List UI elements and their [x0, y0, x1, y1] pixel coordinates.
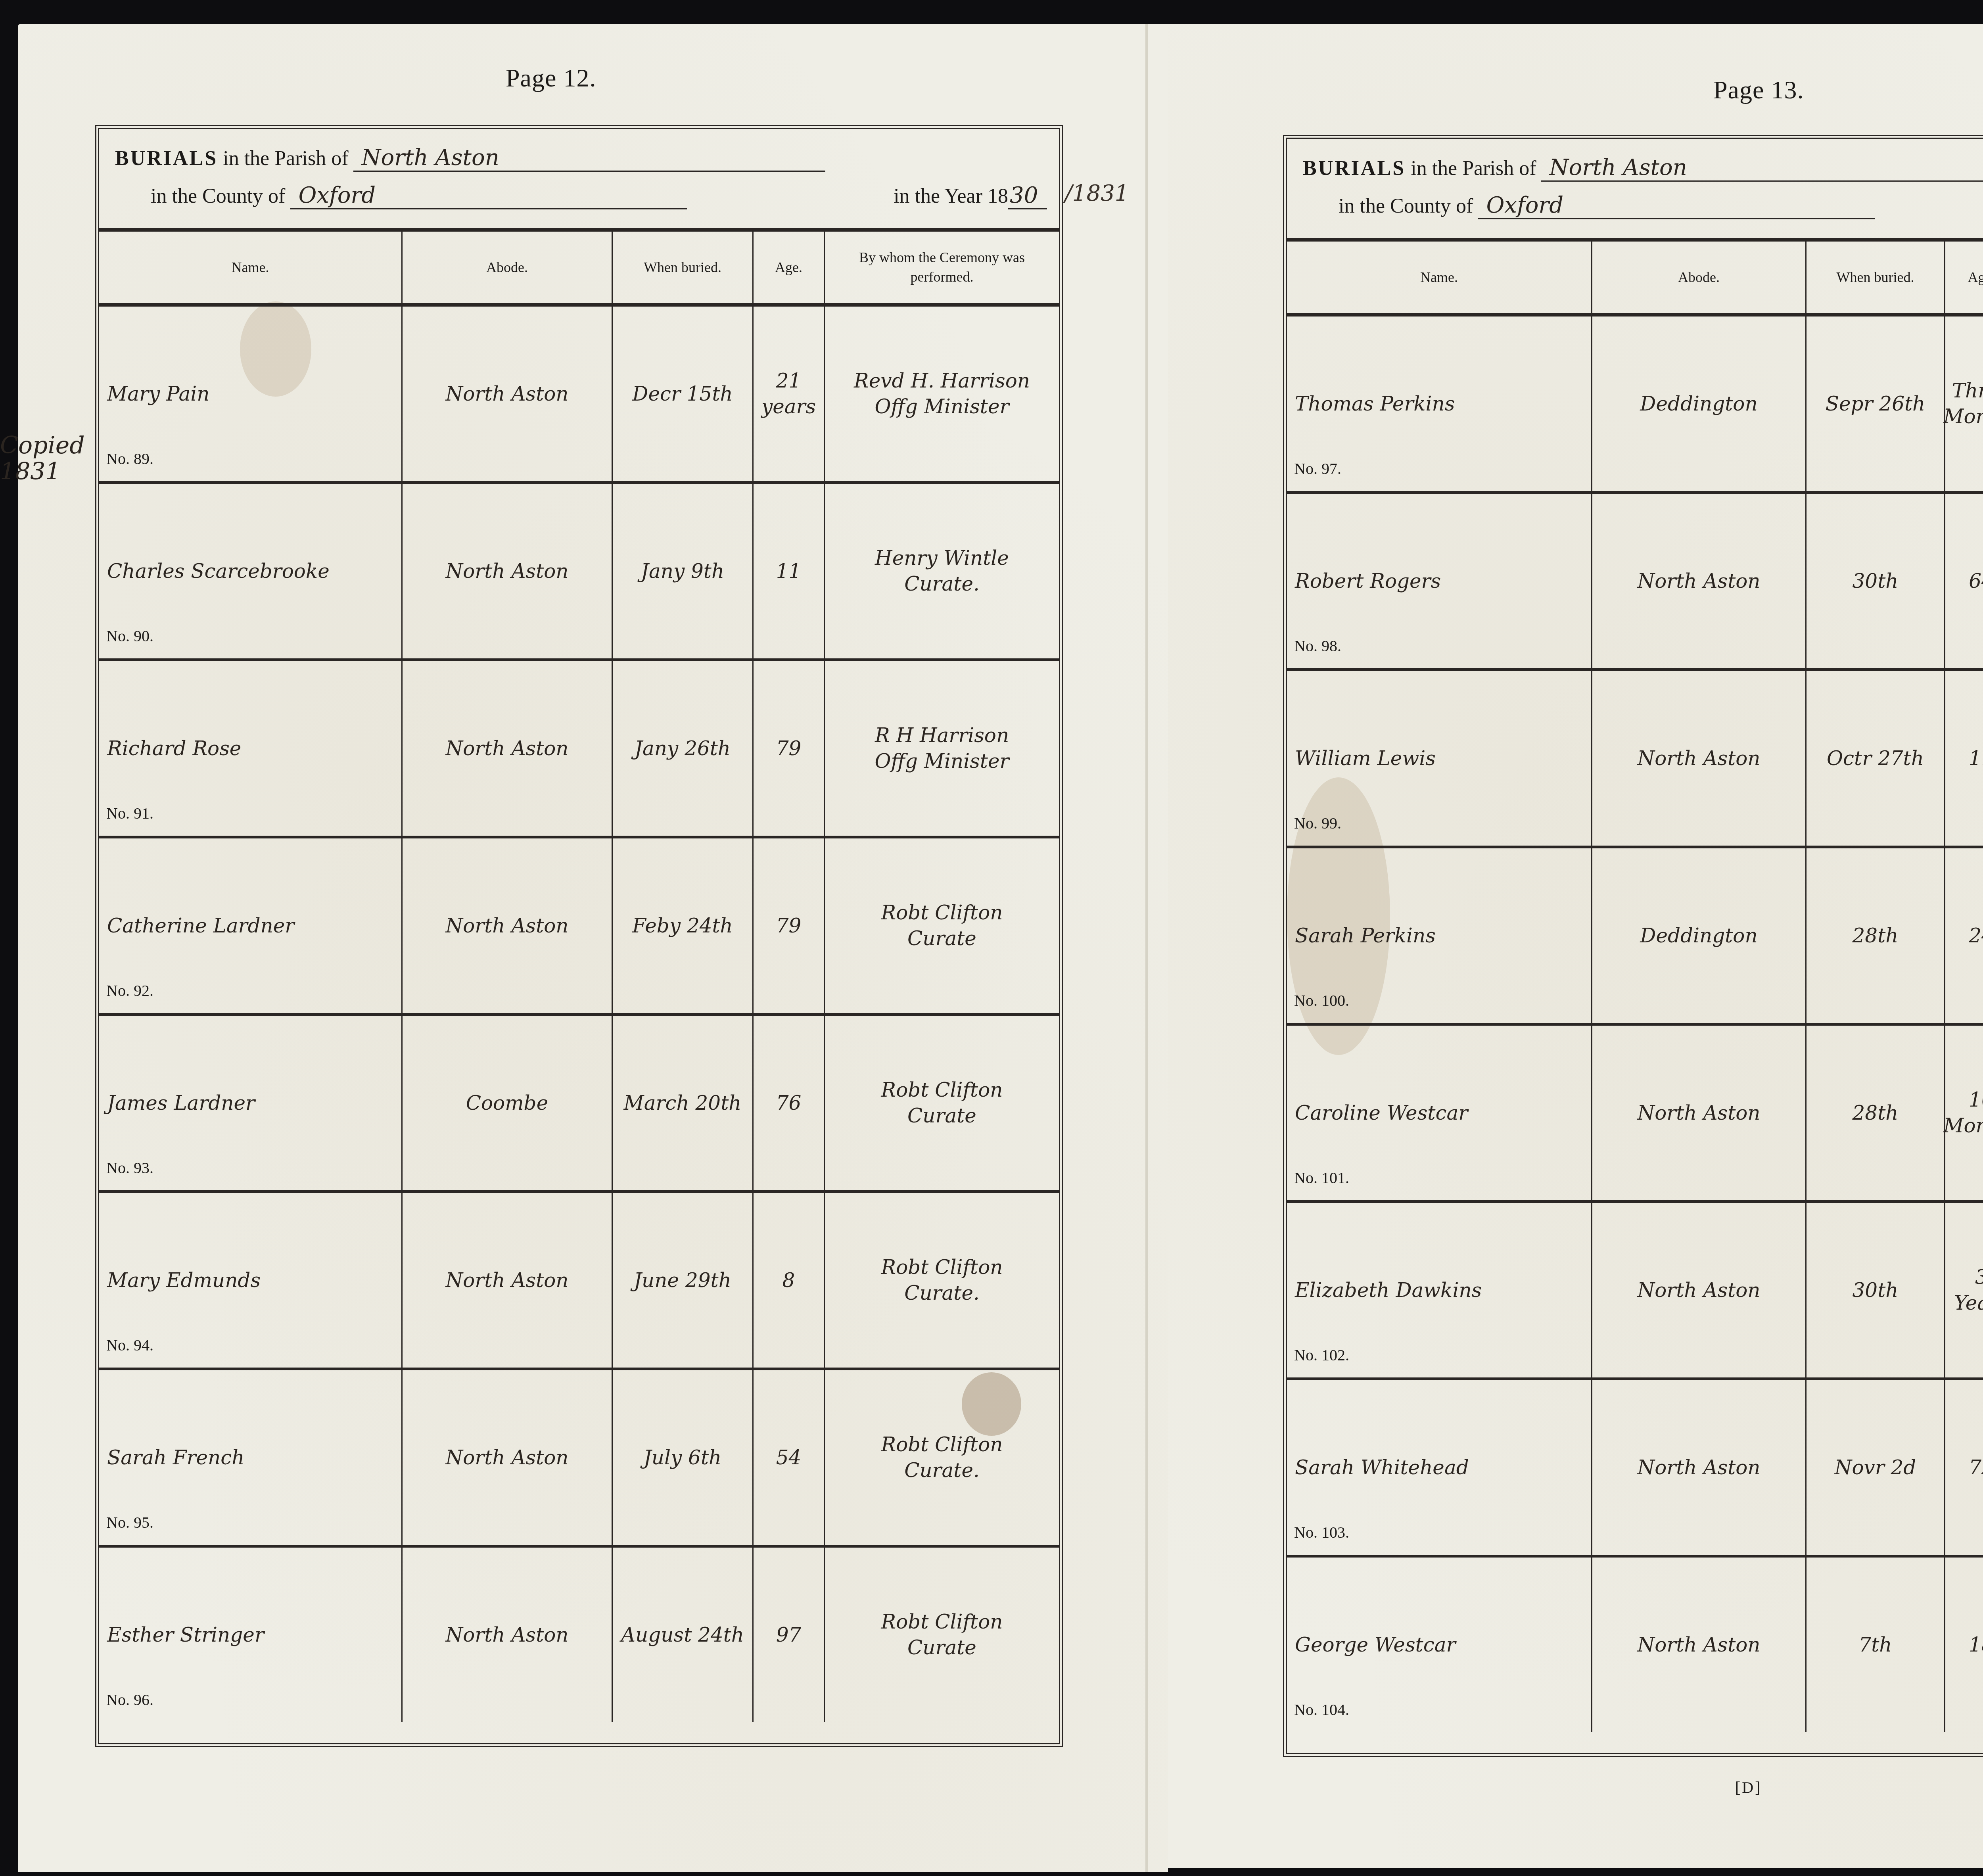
- entry-name: Charles ScarcebrookeNo. 90.: [99, 484, 403, 658]
- entry-abode: North Aston: [403, 484, 613, 658]
- entry-age: 10 Months: [1945, 1026, 1983, 1200]
- year-annotation: /1831: [1065, 180, 1129, 206]
- entry-name: Sarah WhiteheadNo. 103.: [1287, 1380, 1592, 1555]
- entry-age: 8: [754, 1193, 825, 1368]
- entry-abode: North Aston: [1592, 1380, 1807, 1555]
- entry-number: No. 101.: [1294, 1168, 1349, 1188]
- entry-age: 97: [754, 1548, 825, 1722]
- col-when-buried: When buried.: [1807, 242, 1945, 313]
- entry-number: No. 91.: [106, 803, 153, 824]
- entry-officiant: Henry WintleCurate.: [825, 484, 1059, 658]
- entry-abode: North Aston: [1592, 1203, 1807, 1377]
- entry-age: 79: [754, 661, 825, 836]
- entry-age: 11: [754, 484, 825, 658]
- table-row: James LardnerNo. 93.CoombeMarch 20th76Ro…: [99, 1016, 1059, 1193]
- entry-when-buried: Sepr 26th: [1807, 317, 1945, 491]
- entry-when-buried: Novr 2d: [1807, 1380, 1945, 1555]
- table-row: Mary EdmundsNo. 94.North AstonJune 29th8…: [99, 1193, 1059, 1370]
- column-headers: Name. Abode. When buried. Age. By whom t…: [99, 232, 1059, 307]
- entry-when-buried: Octr 27th: [1807, 671, 1945, 846]
- table-row: Esther StringerNo. 96.North AstonAugust …: [99, 1548, 1059, 1722]
- table-row: Elizabeth DawkinsNo. 102.North Aston30th…: [1287, 1203, 1983, 1380]
- entry-abode: North Aston: [1592, 1558, 1807, 1732]
- entry-name: Sarah PerkinsNo. 100.: [1287, 848, 1592, 1023]
- table-row: Mary PainNo. 89.North AstonDecr 15th21 y…: [99, 307, 1059, 484]
- entry-officiant: Robt CliftonCurate.: [825, 1193, 1059, 1368]
- entry-name: Sarah FrenchNo. 95.: [99, 1370, 403, 1545]
- entry-number: No. 93.: [106, 1158, 153, 1178]
- table-row: Catherine LardnerNo. 92.North AstonFeby …: [99, 838, 1059, 1016]
- entry-when-buried: Jany 26th: [613, 661, 754, 836]
- table-row: George WestcarNo. 104.North Aston7th18Ro…: [1287, 1558, 1983, 1732]
- entry-name: William LewisNo. 99.: [1287, 671, 1592, 846]
- entry-name: George WestcarNo. 104.: [1287, 1558, 1592, 1732]
- table-row: Sarah FrenchNo. 95.North AstonJuly 6th54…: [99, 1370, 1059, 1548]
- entry-age: 21 years: [754, 307, 825, 481]
- entry-number: No. 92.: [106, 980, 153, 1001]
- entry-number: No. 96.: [106, 1690, 153, 1710]
- entry-abode: North Aston: [1592, 671, 1807, 846]
- entry-number: No. 98.: [1294, 636, 1341, 656]
- entry-when-buried: 7th: [1807, 1558, 1945, 1732]
- entry-name: Robert RogersNo. 98.: [1287, 494, 1592, 668]
- table-row: Thomas PerkinsNo. 97.DeddingtonSepr 26th…: [1287, 317, 1983, 494]
- year-field: in the Year 1830: [894, 182, 1047, 209]
- entry-when-buried: Jany 9th: [613, 484, 754, 658]
- col-name: Name.: [99, 232, 403, 303]
- entry-abode: North Aston: [403, 838, 613, 1013]
- entry-age: 64: [1945, 494, 1983, 668]
- entry-abode: Deddington: [1592, 317, 1807, 491]
- entry-number: No. 104.: [1294, 1700, 1349, 1720]
- parish-field: North Aston: [1541, 155, 1983, 182]
- entry-rows: Mary PainNo. 89.North AstonDecr 15th21 y…: [99, 307, 1059, 1722]
- entry-name: James LardnerNo. 93.: [99, 1016, 403, 1190]
- entry-name: Esther StringerNo. 96.: [99, 1548, 403, 1722]
- col-age: Age.: [1945, 242, 1983, 313]
- entry-number: No. 90.: [106, 626, 153, 646]
- col-abode: Abode.: [1592, 242, 1807, 313]
- entry-abode: North Aston: [403, 1548, 613, 1722]
- entry-age: 18: [1945, 1558, 1983, 1732]
- entry-age: 11: [1945, 671, 1983, 846]
- county-field: Oxford: [1478, 192, 1875, 219]
- col-name: Name.: [1287, 242, 1592, 313]
- entry-when-buried: 30th: [1807, 494, 1945, 668]
- entry-rows: Thomas PerkinsNo. 97.DeddingtonSepr 26th…: [1287, 317, 1983, 1732]
- col-abode: Abode.: [403, 232, 613, 303]
- left-page: Page 12. BURIALS in the Parish of North …: [18, 24, 1168, 1872]
- entry-officiant: Robt CliftonCurate: [825, 838, 1059, 1013]
- entry-number: No. 103.: [1294, 1522, 1349, 1543]
- parish-field: North Aston: [353, 145, 825, 172]
- entry-officiant: Robt CliftonCurate: [825, 1016, 1059, 1190]
- entry-age: 24: [1945, 848, 1983, 1023]
- entry-name: Richard RoseNo. 91.: [99, 661, 403, 836]
- entry-officiant: R H HarrisonOffg Minister: [825, 661, 1059, 836]
- column-headers: Name. Abode. When buried. Age. By whom t…: [1287, 242, 1983, 317]
- col-officiant: By whom the Ceremony was performed.: [825, 232, 1059, 303]
- right-page: Page 13. BURIALS in the Parish of North …: [1168, 24, 1983, 1868]
- table-row: Sarah PerkinsNo. 100.Deddington28th24Rob…: [1287, 848, 1983, 1026]
- book-gutter: [1145, 24, 1148, 1872]
- entry-name: Mary PainNo. 89.: [99, 307, 403, 481]
- entry-name: Caroline WestcarNo. 101.: [1287, 1026, 1592, 1200]
- col-when-buried: When buried.: [613, 232, 754, 303]
- entry-abode: North Aston: [403, 661, 613, 836]
- table-row: Sarah WhiteheadNo. 103.North AstonNovr 2…: [1287, 1380, 1983, 1558]
- entry-when-buried: March 20th: [613, 1016, 754, 1190]
- entry-age: 3 Years: [1945, 1203, 1983, 1377]
- burials-label: BURIALS: [1303, 157, 1406, 180]
- entry-number: No. 99.: [1294, 813, 1341, 834]
- page-number: Page 13.: [1713, 75, 1804, 105]
- entry-age: 76: [754, 1016, 825, 1190]
- entry-when-buried: August 24th: [613, 1548, 754, 1722]
- table-row: William LewisNo. 99.North AstonOctr 27th…: [1287, 671, 1983, 848]
- entry-number: No. 102.: [1294, 1345, 1349, 1366]
- register-header: BURIALS in the Parish of North Aston in …: [1287, 139, 1983, 242]
- register-header: BURIALS in the Parish of North Aston in …: [99, 129, 1059, 232]
- table-row: Caroline WestcarNo. 101.North Aston28th1…: [1287, 1026, 1983, 1203]
- entry-abode: North Aston: [403, 1370, 613, 1545]
- entry-number: No. 94.: [106, 1335, 153, 1356]
- entry-abode: North Aston: [1592, 494, 1807, 668]
- table-row: Charles ScarcebrookeNo. 90.North AstonJa…: [99, 484, 1059, 661]
- page-number: Page 12.: [506, 63, 596, 93]
- signature-mark: [D]: [1735, 1778, 1762, 1797]
- entry-when-buried: June 29th: [613, 1193, 754, 1368]
- entry-number: No. 97.: [1294, 458, 1341, 479]
- entry-when-buried: 28th: [1807, 1026, 1945, 1200]
- entry-officiant: Robt CliftonCurate.: [825, 1370, 1059, 1545]
- entry-when-buried: 28th: [1807, 848, 1945, 1023]
- entry-name: Catherine LardnerNo. 92.: [99, 838, 403, 1013]
- entry-when-buried: Feby 24th: [613, 838, 754, 1013]
- margin-note: Copied 1831: [0, 432, 56, 485]
- entry-when-buried: 30th: [1807, 1203, 1945, 1377]
- entry-number: No. 100.: [1294, 990, 1349, 1011]
- entry-age: 79: [754, 838, 825, 1013]
- entry-name: Thomas PerkinsNo. 97.: [1287, 317, 1592, 491]
- entry-abode: North Aston: [403, 307, 613, 481]
- entry-abode: Deddington: [1592, 848, 1807, 1023]
- entry-abode: North Aston: [1592, 1026, 1807, 1200]
- entry-name: Elizabeth DawkinsNo. 102.: [1287, 1203, 1592, 1377]
- burial-register-table: BURIALS in the Parish of North Aston in …: [1283, 135, 1983, 1757]
- burial-register-table: BURIALS in the Parish of North Aston in …: [95, 125, 1063, 1747]
- burials-label: BURIALS: [115, 147, 218, 170]
- entry-name: Mary EdmundsNo. 94.: [99, 1193, 403, 1368]
- county-field: Oxford: [290, 182, 687, 209]
- entry-when-buried: July 6th: [613, 1370, 754, 1545]
- table-row: Robert RogersNo. 98.North Aston30th64Rob…: [1287, 494, 1983, 671]
- table-row: Richard RoseNo. 91.North AstonJany 26th7…: [99, 661, 1059, 838]
- entry-officiant: Robt CliftonCurate: [825, 1548, 1059, 1722]
- entry-number: No. 95.: [106, 1512, 153, 1533]
- entry-when-buried: Decr 15th: [613, 307, 754, 481]
- entry-age: 72: [1945, 1380, 1983, 1555]
- entry-age: 54: [754, 1370, 825, 1545]
- entry-age: Three Months: [1945, 317, 1983, 491]
- entry-officiant: Revd H. HarrisonOffg Minister: [825, 307, 1059, 481]
- col-age: Age.: [754, 232, 825, 303]
- entry-abode: North Aston: [403, 1193, 613, 1368]
- entry-number: No. 89.: [106, 449, 153, 469]
- entry-abode: Coombe: [403, 1016, 613, 1190]
